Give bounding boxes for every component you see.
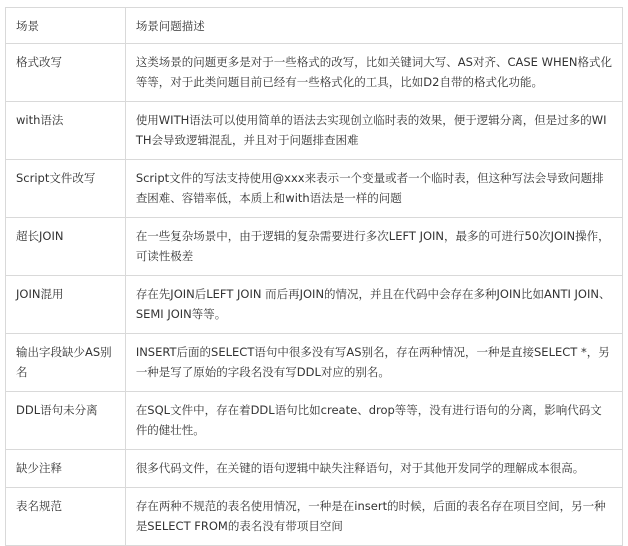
cell-scene: 格式改写 bbox=[6, 44, 126, 102]
cell-scene: Script文件改写 bbox=[6, 160, 126, 218]
cell-scene: 缺少注释 bbox=[6, 450, 126, 488]
table-header-row: 场景 场景问题描述 bbox=[6, 8, 623, 44]
cell-description: 在一些复杂场景中，由于逻辑的复杂需要进行多次LEFT JOIN，最多的可进行50… bbox=[125, 218, 622, 276]
header-scene: 场景 bbox=[6, 8, 126, 44]
cell-scene: 输出字段缺少AS别名 bbox=[6, 334, 126, 392]
cell-description: 在SQL文件中，存在着DDL语句比如create、drop等等，没有进行语句的分… bbox=[125, 392, 622, 450]
table-row: 输出字段缺少AS别名 INSERT后面的SELECT语句中很多没有写AS别名，存… bbox=[6, 334, 623, 392]
cell-scene: 表名规范 bbox=[6, 488, 126, 501]
cell-description: 很多代码文件，在关键的语句逻辑中缺失注释语句，对于其他开发同学的理解成本很高。 bbox=[125, 450, 622, 488]
table-row: DDL语句未分离 在SQL文件中，存在着DDL语句比如create、drop等等… bbox=[6, 392, 623, 450]
header-description: 场景问题描述 bbox=[125, 8, 622, 44]
cell-description: INSERT后面的SELECT语句中很多没有写AS别名，存在两种情况，一种是直接… bbox=[125, 334, 622, 392]
cell-scene: DDL语句未分离 bbox=[6, 392, 126, 450]
cell-description: 使用WITH语法可以使用简单的语法去实现创立临时表的效果，便于逻辑分离，但是过多… bbox=[125, 102, 622, 160]
table-row: with语法 使用WITH语法可以使用简单的语法去实现创立临时表的效果，便于逻辑… bbox=[6, 102, 623, 160]
cell-description: 存在先JOIN后LEFT JOIN 而后再JOIN的情况，并且在代码中会存在多种… bbox=[125, 276, 622, 334]
table-row: 表名规范 存在两种不规范的表名使用情况，一种是在insert的时候，后面的表名存… bbox=[6, 488, 623, 501]
cell-scene: with语法 bbox=[6, 102, 126, 160]
cell-scene: 超长JOIN bbox=[6, 218, 126, 276]
cell-description: 存在两种不规范的表名使用情况，一种是在insert的时候，后面的表名存在项目空间… bbox=[125, 488, 622, 501]
cell-description: 这类场景的问题更多是对于一些格式的改写，比如关键词大写、AS对齐、CASE WH… bbox=[125, 44, 622, 102]
table-row: 缺少注释 很多代码文件，在关键的语句逻辑中缺失注释语句，对于其他开发同学的理解成… bbox=[6, 450, 623, 488]
table-container: 场景 场景问题描述 格式改写 这类场景的问题更多是对于一些格式的改写，比如关键词… bbox=[5, 7, 623, 500]
cell-scene: JOIN混用 bbox=[6, 276, 126, 334]
table-row: 格式改写 这类场景的问题更多是对于一些格式的改写，比如关键词大写、AS对齐、CA… bbox=[6, 44, 623, 102]
cell-description: Script文件的写法支持使用@xxx来表示一个变量或者一个临时表，但这种写法会… bbox=[125, 160, 622, 218]
table-row: Script文件改写 Script文件的写法支持使用@xxx来表示一个变量或者一… bbox=[6, 160, 623, 218]
sql-scenario-table: 场景 场景问题描述 格式改写 这类场景的问题更多是对于一些格式的改写，比如关键词… bbox=[5, 7, 623, 500]
table-row: 超长JOIN 在一些复杂场景中，由于逻辑的复杂需要进行多次LEFT JOIN，最… bbox=[6, 218, 623, 276]
table-row: JOIN混用 存在先JOIN后LEFT JOIN 而后再JOIN的情况，并且在代… bbox=[6, 276, 623, 334]
